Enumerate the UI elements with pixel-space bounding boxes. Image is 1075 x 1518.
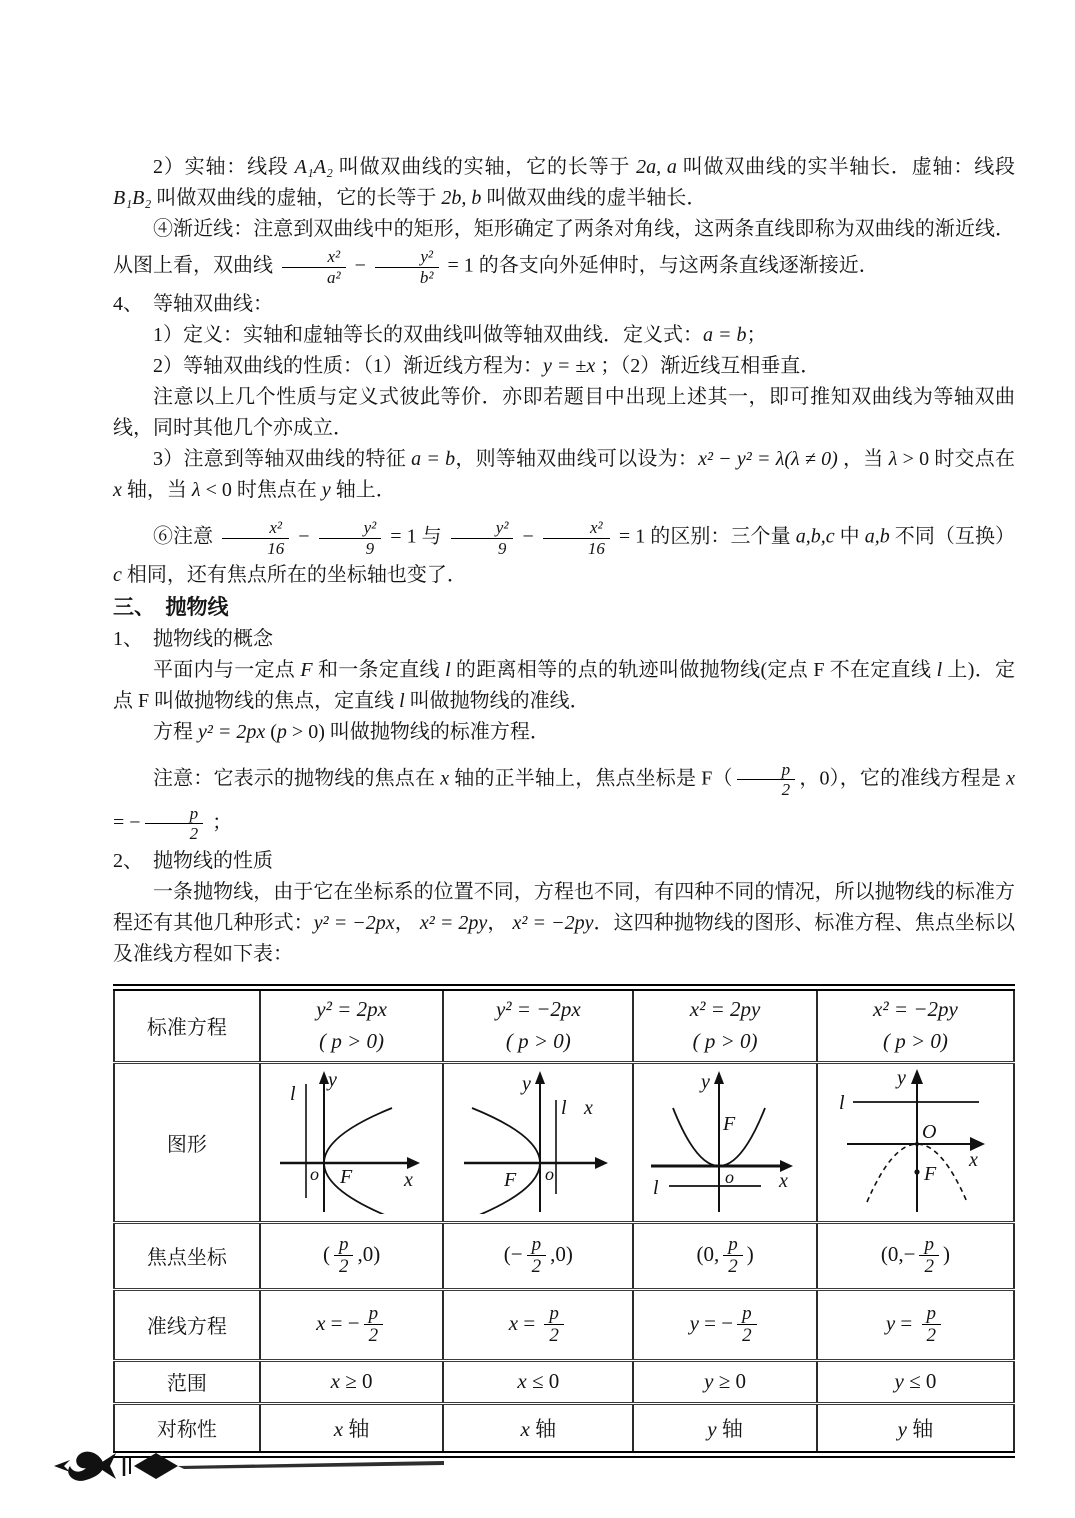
math-text: x: [331, 1369, 340, 1393]
directrix-label: l: [290, 1083, 296, 1105]
parabola-figure-opens-up: y F l o x: [639, 1066, 811, 1214]
fraction: p2: [919, 1234, 939, 1279]
heading-equilateral-hyperbola: 4、 等轴双曲线：: [113, 289, 1015, 320]
math-text: p: [277, 721, 287, 743]
paragraph-difference-note: ⑥注意 x²16 − y²9 = 1 与 y²9 − x²16 = 1 的区别：…: [113, 516, 1015, 591]
cell-graph-opens-down: y l O x F: [817, 1062, 1014, 1222]
math-text: a = b: [411, 448, 455, 470]
row-label-focus: 焦点坐标: [114, 1222, 260, 1289]
math-text: x: [1006, 767, 1015, 789]
paragraph-equilateral-properties: 2）等轴双曲线的性质：（1）渐近线方程为：y = ±x ；（2）渐近线互相垂直．: [113, 351, 1015, 382]
math-text: x: [440, 767, 449, 789]
row-label-standard-equation: 标准方程: [114, 987, 260, 1062]
paragraph-lambda-note: 3）注意到等轴双曲线的特征 a = b，则等轴双曲线可以设为：x² − y² =…: [113, 444, 1015, 506]
paragraph-asymptote: ④渐近线：注意到双曲线中的矩形，矩形确定了两条对角线，这两条直线即称为双曲线的渐…: [113, 214, 1015, 289]
math-text: x: [334, 1417, 343, 1441]
cell-range-2: x ≤ 0: [443, 1360, 633, 1403]
condition: ( p > 0): [446, 1026, 630, 1058]
fraction: p2: [922, 1303, 942, 1348]
math-text: y: [707, 1417, 716, 1441]
condition: ( p > 0): [263, 1026, 441, 1058]
row-label-directrix: 准线方程: [114, 1289, 260, 1360]
cell-eq-2: y² = −2px ( p > 0): [443, 987, 633, 1062]
ornament-left-tip: [54, 1460, 70, 1472]
parabola-table: 标准方程 y² = 2px ( p > 0) y² = −2px ( p > 0…: [113, 984, 1015, 1458]
cell-range-3: y ≥ 0: [633, 1360, 817, 1403]
cell-symmetry-4: y 轴: [817, 1403, 1014, 1454]
fraction: p2: [737, 760, 796, 800]
equation: x² = −2py: [820, 994, 1011, 1026]
math-text: λ: [889, 448, 898, 470]
math-text: y: [895, 1369, 904, 1393]
cell-eq-1: y² = 2px ( p > 0): [260, 987, 444, 1062]
document-page: 2）实轴：线段 A₁A₂ 叫做双曲线的实轴，它的长等于 2a, a 叫做双曲线的…: [0, 0, 1075, 1518]
section-heading-parabola: 三、 抛物线: [113, 591, 1015, 624]
math-text: y: [690, 1311, 699, 1335]
table-row-directrix-equation: 准线方程 x = −p2 x = p2 y = −p2 y = p2: [114, 1289, 1014, 1360]
x-axis-arrow: [407, 1157, 420, 1169]
math-text: x² − y² = λ(λ ≠ 0): [698, 448, 838, 470]
origin-label: O: [922, 1121, 936, 1143]
cell-directrix-2: x = p2: [443, 1289, 633, 1360]
fraction: p2: [334, 1234, 354, 1279]
paragraph-standard-equation: 方程 y² = 2px (p > 0) 叫做抛物线的标准方程．: [113, 717, 1015, 748]
parabola-curve: [324, 1108, 392, 1214]
cell-directrix-3: y = −p2: [633, 1289, 817, 1360]
x-axis-arrow: [595, 1157, 608, 1169]
paragraph-focus-note: 注意：它表示的抛物线的焦点在 x 轴的正半轴上，焦点坐标是 F（p2，0），它的…: [113, 758, 1015, 846]
math-text: y = ±x: [543, 355, 595, 377]
paragraph-equivalence-note: 注意以上几个性质与定义式彼此等价．亦即若题目中出现上述其一，即可推知双曲线为等轴…: [113, 382, 1015, 444]
y-axis-label: y: [520, 1073, 531, 1095]
footer-ornament: [52, 1444, 452, 1488]
math-text: l: [399, 690, 405, 712]
math-text: x: [316, 1311, 325, 1335]
math-text: a,b,c: [796, 526, 835, 548]
row-label-range: 范围: [114, 1360, 260, 1403]
math-text: y² = −2px: [314, 912, 395, 934]
row-label-graph: 图形: [114, 1062, 260, 1222]
equation: y² = −2px: [446, 994, 630, 1026]
math-text: x: [509, 1311, 518, 1335]
condition: ( p > 0): [636, 1026, 814, 1058]
fraction: p2: [737, 1303, 757, 1348]
y-axis-arrow: [911, 1069, 923, 1084]
math-text: B₁B₂: [113, 187, 151, 209]
y-axis-label: y: [326, 1069, 337, 1091]
math-text: a = b: [703, 324, 747, 346]
fraction: p2: [723, 1234, 743, 1279]
paragraph-real-axis: 2）实轴：线段 A₁A₂ 叫做双曲线的实轴，它的长等于 2a, a 叫做双曲线的…: [113, 152, 1015, 214]
fraction: y²9: [451, 518, 514, 558]
math-text: c: [113, 564, 122, 586]
fraction: y²9: [319, 518, 382, 558]
focus-label: F: [503, 1169, 517, 1191]
fraction: x²16: [222, 518, 289, 558]
directrix-label: l: [839, 1092, 845, 1114]
fraction: p2: [544, 1303, 564, 1348]
cell-symmetry-3: y 轴: [633, 1403, 817, 1454]
y-axis-arrow: [714, 1071, 724, 1084]
y-axis-label: y: [699, 1071, 710, 1093]
math-text: l: [937, 659, 943, 681]
fraction: x²a²: [282, 247, 346, 287]
cell-range-4: y ≤ 0: [817, 1360, 1014, 1403]
cell-graph-opens-up: y F l o x: [633, 1062, 817, 1222]
table-row-range: 范围 x ≥ 0 x ≤ 0 y ≥ 0 y ≤ 0: [114, 1360, 1014, 1403]
math-text: y: [898, 1417, 907, 1441]
x-axis-label: x: [778, 1170, 788, 1192]
y-axis-arrow: [535, 1071, 545, 1084]
subheading-parabola-concept: 1、 抛物线的概念: [113, 624, 1015, 655]
table-row-focus-coordinates: 焦点坐标 (p2,0) (−p2,0) (0,p2) (0,−p2): [114, 1222, 1014, 1289]
cell-symmetry-2: x 轴: [443, 1403, 633, 1454]
math-text: y: [322, 479, 331, 501]
x-axis-label: x: [583, 1097, 593, 1119]
parabola-figure-opens-right: l y o F x: [266, 1066, 438, 1214]
focus-dot: [915, 1169, 920, 1174]
math-text: x: [521, 1417, 530, 1441]
fraction: y²b²: [375, 247, 439, 287]
math-text: F: [300, 659, 312, 681]
cell-focus-4: (0,−p2): [817, 1222, 1014, 1289]
math-text: 2a, a: [636, 156, 677, 178]
table-row-standard-equation: 标准方程 y² = 2px ( p > 0) y² = −2px ( p > 0…: [114, 987, 1014, 1062]
focus-label: F: [923, 1163, 937, 1185]
paragraph-parabola-definition: 平面内与一定点 F 和一条定直线 l 的距离相等的点的轨迹叫做抛物线(定点 F …: [113, 655, 1015, 717]
directrix-label: l: [653, 1177, 659, 1199]
origin-label: o: [725, 1167, 734, 1187]
math-text: 2b, b: [441, 187, 481, 209]
fraction: x²16: [543, 518, 610, 558]
equation: x² = 2py: [636, 994, 814, 1026]
paragraph-equilateral-definition: 1）定义：实轴和虚轴等长的双曲线叫做等轴双曲线．定义式：a = b；: [113, 320, 1015, 351]
parabola-curve: [472, 1108, 540, 1214]
math-text: l: [445, 659, 451, 681]
math-text: y² = 2px: [198, 721, 265, 743]
parabola-figure-opens-down: y l O x F: [829, 1066, 1001, 1214]
fraction: p2: [145, 804, 204, 844]
fraction: p2: [527, 1234, 547, 1279]
math-text: x: [113, 479, 122, 501]
parabola-figure-opens-left: y l x F o: [452, 1066, 624, 1214]
table-row-graphs: 图形 l y o F x: [114, 1062, 1014, 1222]
math-text: A₁A₂: [295, 156, 333, 178]
origin-label: o: [545, 1164, 554, 1184]
fraction: p2: [364, 1303, 384, 1348]
cell-eq-3: x² = 2py ( p > 0): [633, 987, 817, 1062]
math-text: x: [517, 1369, 526, 1393]
paragraph-four-forms: 一条抛物线，由于它在坐标系的位置不同，方程也不同，有四种不同的情况，所以抛物线的…: [113, 877, 1015, 970]
math-text: λ: [192, 479, 201, 501]
math-text: y: [886, 1311, 895, 1335]
math-text: y: [704, 1369, 713, 1393]
x-axis-label: x: [403, 1169, 413, 1191]
directrix-label: l: [561, 1097, 567, 1119]
cell-focus-3: (0,p2): [633, 1222, 817, 1289]
focus-label: F: [722, 1113, 736, 1135]
math-text: x² = −2py: [513, 912, 594, 934]
math-text: x² = 2py: [420, 912, 487, 934]
condition: ( p > 0): [820, 1026, 1011, 1058]
origin-label: o: [310, 1164, 319, 1184]
subheading-parabola-properties: 2、 抛物线的性质: [113, 846, 1015, 877]
cell-directrix-1: x = −p2: [260, 1289, 444, 1360]
cell-focus-2: (−p2,0): [443, 1222, 633, 1289]
ornament-taper-line: [178, 1461, 444, 1469]
cell-range-1: x ≥ 0: [260, 1360, 444, 1403]
focus-label: F: [339, 1166, 353, 1188]
cell-graph-opens-right: l y o F x: [260, 1062, 444, 1222]
cell-graph-opens-left: y l x F o: [443, 1062, 633, 1222]
cell-focus-1: (p2,0): [260, 1222, 444, 1289]
cell-directrix-4: y = p2: [817, 1289, 1014, 1360]
ornament-diamond: [134, 1453, 178, 1479]
y-axis-label: y: [895, 1067, 906, 1089]
cell-eq-4: x² = −2py ( p > 0): [817, 987, 1014, 1062]
equation: y² = 2px: [263, 994, 441, 1026]
math-text: a,b: [865, 526, 890, 548]
x-axis-label: x: [968, 1149, 978, 1171]
